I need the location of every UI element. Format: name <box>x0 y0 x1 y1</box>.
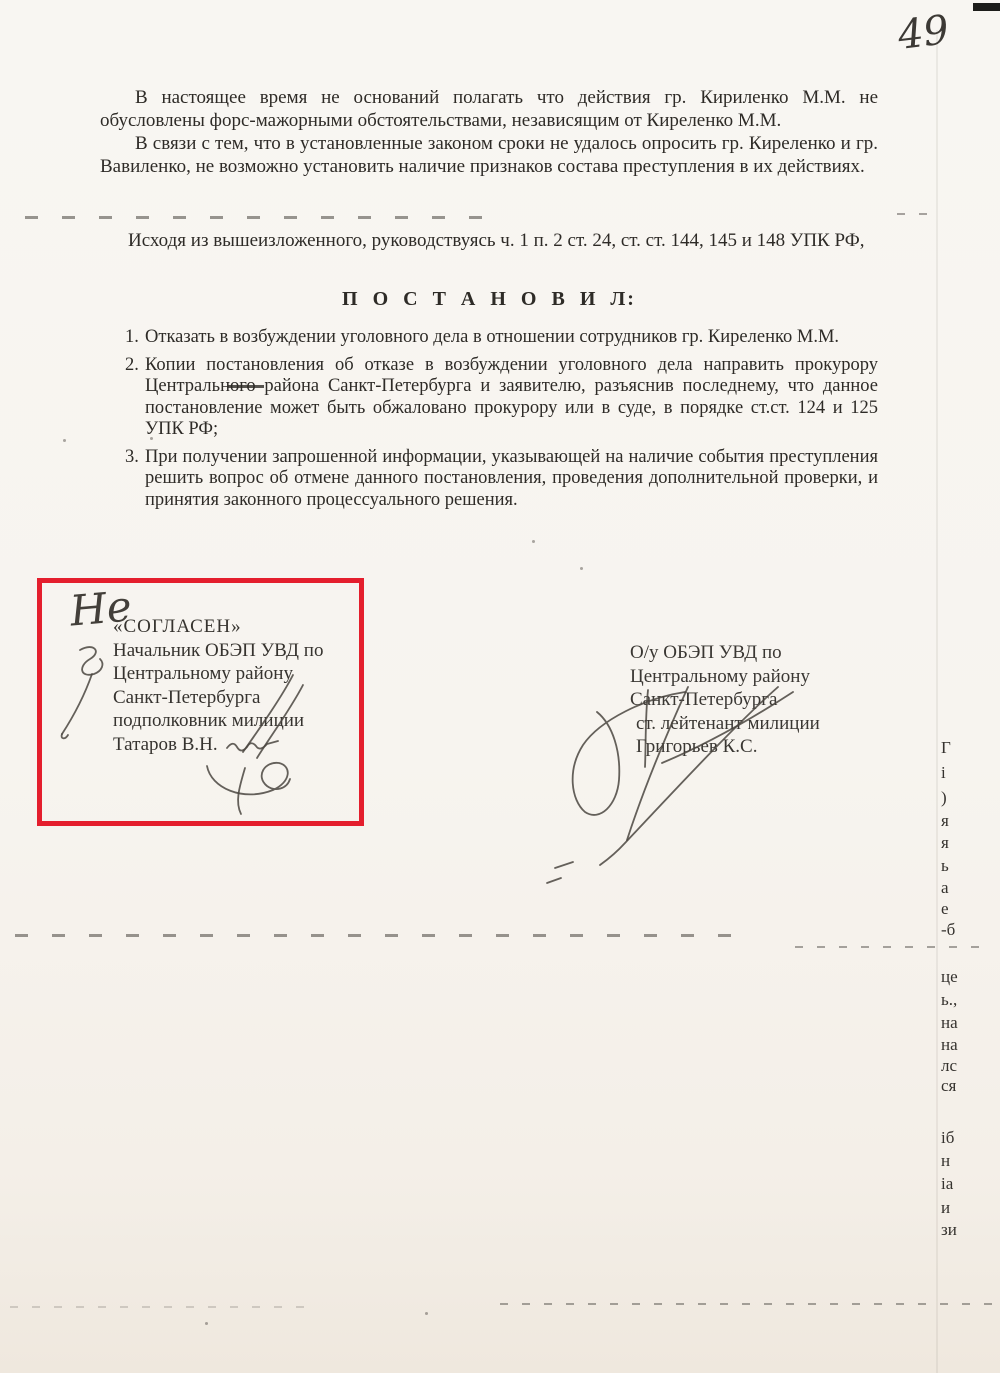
agree-label: «СОГЛАСЕН» <box>113 615 373 639</box>
scan-artifact-line <box>25 216 485 219</box>
edge-bleed-char: ся <box>941 1076 1000 1096</box>
item-number: 2. <box>125 355 145 441</box>
scan-crease-line <box>936 30 938 1373</box>
officer-title-line: О/у ОБЭП УВД по <box>630 641 890 665</box>
edge-bleed-char: я <box>941 811 1000 831</box>
paragraph-2: В связи с тем, что в установленные закон… <box>100 132 878 178</box>
body-text: В настоящее время не оснований полагать … <box>100 86 878 178</box>
edge-bleed-char: лс <box>941 1056 1000 1076</box>
officer-name: Григорьев К.С. <box>630 735 890 759</box>
edge-bleed-char: це <box>941 967 1000 987</box>
edge-bleed-char: -б <box>941 920 1000 940</box>
scan-artifact-line <box>10 1306 310 1308</box>
officer-block: О/у ОБЭП УВД по Центральному району Санк… <box>630 641 890 759</box>
item-number: 1. <box>125 327 145 349</box>
item-number: 3. <box>125 447 145 512</box>
officer-title-line: Центральному району <box>630 665 890 689</box>
edge-bleed-char: я <box>941 833 1000 853</box>
scan-speck <box>205 1322 208 1325</box>
paragraph-legal-basis: Исходя из вышеизложенного, руководствуяс… <box>100 222 878 259</box>
edge-bleed-char: іа <box>941 1174 1000 1194</box>
edge-bleed-char: ь <box>941 856 1000 876</box>
officer-rank-line: ст. лейтенант милиции <box>630 712 890 736</box>
edge-bleed-char: е <box>941 899 1000 919</box>
scan-speck <box>63 439 66 442</box>
scan-artifact-line <box>795 946 985 948</box>
edge-bleed-char: Г <box>941 738 1000 758</box>
resolution-list: 1. Отказать в возбуждении уголовного дел… <box>125 327 878 517</box>
item-text: При получении запрошенной информации, ук… <box>145 447 878 512</box>
edge-bleed-char: і <box>941 763 1000 783</box>
officer-title-line: Санкт-Петербурга <box>630 688 890 712</box>
page-number-handwritten: 49 <box>895 7 951 59</box>
edge-bleed-char: а <box>941 878 1000 898</box>
approval-title-line: Начальник ОБЭП УВД по <box>113 639 373 663</box>
scan-edge-mark <box>973 3 1000 11</box>
scan-speck <box>532 540 535 543</box>
approval-title-line: Центральному району <box>113 662 373 686</box>
resolution-item-1: 1. Отказать в возбуждении уголовного дел… <box>125 327 878 349</box>
approval-title-line: Санкт-Петербурга <box>113 686 373 710</box>
scan-artifact-line <box>500 1303 995 1305</box>
edge-bleed-char: ь., <box>941 990 1000 1010</box>
scan-strike-mark <box>228 385 264 388</box>
paragraph-1: В настоящее время не оснований полагать … <box>100 86 878 132</box>
resolution-item-3: 3. При получении запрошенной информации,… <box>125 447 878 512</box>
resolution-item-2: 2. Копии постановления об отказе в возбу… <box>125 355 878 441</box>
scan-speck <box>150 437 153 440</box>
edge-bleed-char: и <box>941 1198 1000 1218</box>
edge-bleed-char: н <box>941 1151 1000 1171</box>
scan-artifact-line <box>15 934 755 937</box>
approval-rank-line: подполковник милиции <box>113 709 373 733</box>
approval-block: «СОГЛАСЕН» Начальник ОБЭП УВД по Централ… <box>113 615 373 756</box>
scanned-document-page: 49 В настоящее время не оснований полага… <box>0 0 1000 1373</box>
scan-artifact-line <box>897 213 939 215</box>
edge-bleed-char: ) <box>941 788 1000 808</box>
resolution-heading: П О С Т А Н О В И Л: <box>100 288 878 311</box>
approval-name: Татаров В.Н. <box>113 733 373 757</box>
edge-bleed-char: іб <box>941 1128 1000 1148</box>
edge-bleed-char: на <box>941 1013 1000 1033</box>
edge-bleed-char: зи <box>941 1220 1000 1240</box>
scan-speck <box>425 1312 428 1315</box>
handwritten-flourish <box>52 640 118 740</box>
item-text: Отказать в возбуждении уголовного дела в… <box>145 327 878 349</box>
edge-bleed-char: на <box>941 1035 1000 1055</box>
item-text: Копии постановления об отказе в возбужде… <box>145 355 878 441</box>
scan-speck <box>580 567 583 570</box>
